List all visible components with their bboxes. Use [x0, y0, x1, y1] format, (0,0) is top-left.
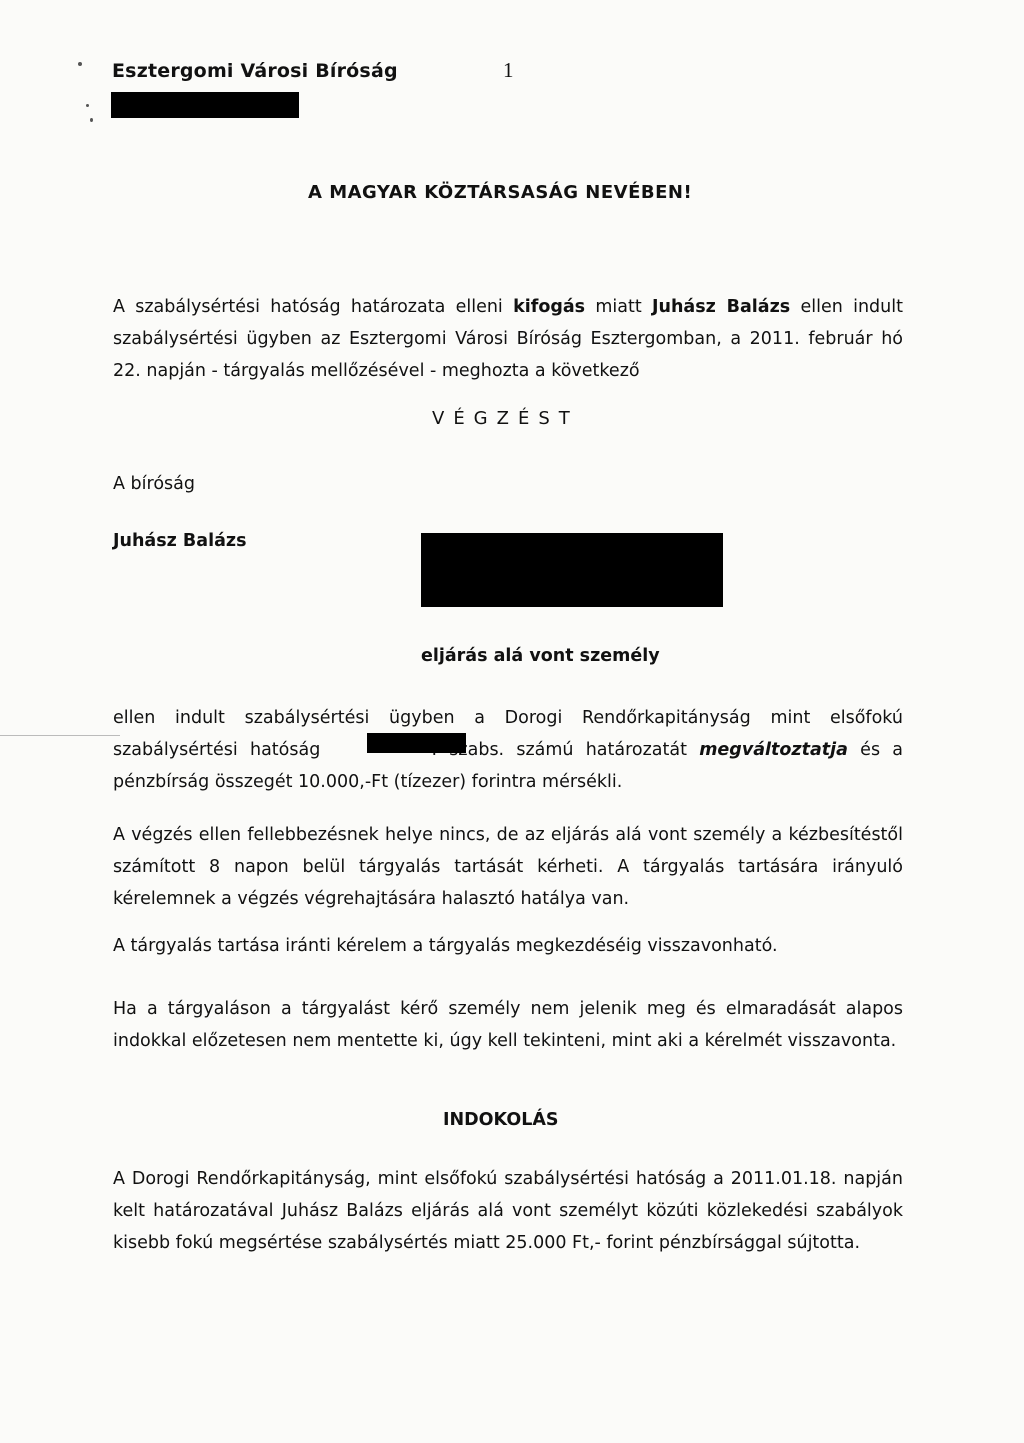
- objection-term: kifogás: [513, 297, 585, 317]
- reasoning-paragraph: A Dorogi Rendőrkapitányság, mint elsőfok…: [113, 1163, 903, 1259]
- page-number: 1: [503, 58, 514, 83]
- person-name: Juhász Balázs: [113, 531, 247, 551]
- ruling-emphasis: megváltoztatja: [699, 740, 848, 760]
- reasoning-heading: INDOKOLÁS: [443, 1110, 559, 1130]
- court-label: A bíróság: [113, 474, 195, 494]
- decision-title: VÉGZÉST: [432, 408, 579, 429]
- redacted-decision-number: [367, 733, 466, 753]
- scan-speck: [90, 118, 93, 122]
- scan-speck: [78, 62, 82, 66]
- scan-artifact: [0, 735, 120, 736]
- appeal-paragraph: A végzés ellen fellebbezésnek helye ninc…: [113, 819, 903, 915]
- scan-speck: [86, 104, 89, 107]
- court-name: Esztergomi Városi Bíróság: [112, 60, 398, 82]
- document-title: A MAGYAR KÖZTÁRSASÁG NEVÉBEN!: [308, 182, 692, 203]
- redacted-personal-details: [421, 533, 723, 607]
- absence-paragraph: Ha a tárgyaláson a tárgyalást kérő szemé…: [113, 993, 903, 1057]
- person-role: eljárás alá vont személy: [421, 646, 660, 666]
- intro-paragraph: A szabálysértési hatóság határozata elle…: [113, 291, 903, 387]
- redacted-case-number: [111, 92, 299, 118]
- ruling-paragraph: ellen indult szabálysértési ügyben a Dor…: [113, 702, 903, 798]
- defendant-name: Juhász Balázs: [652, 297, 790, 317]
- withdrawal-paragraph: A tárgyalás tartása iránti kérelem a tár…: [113, 930, 903, 962]
